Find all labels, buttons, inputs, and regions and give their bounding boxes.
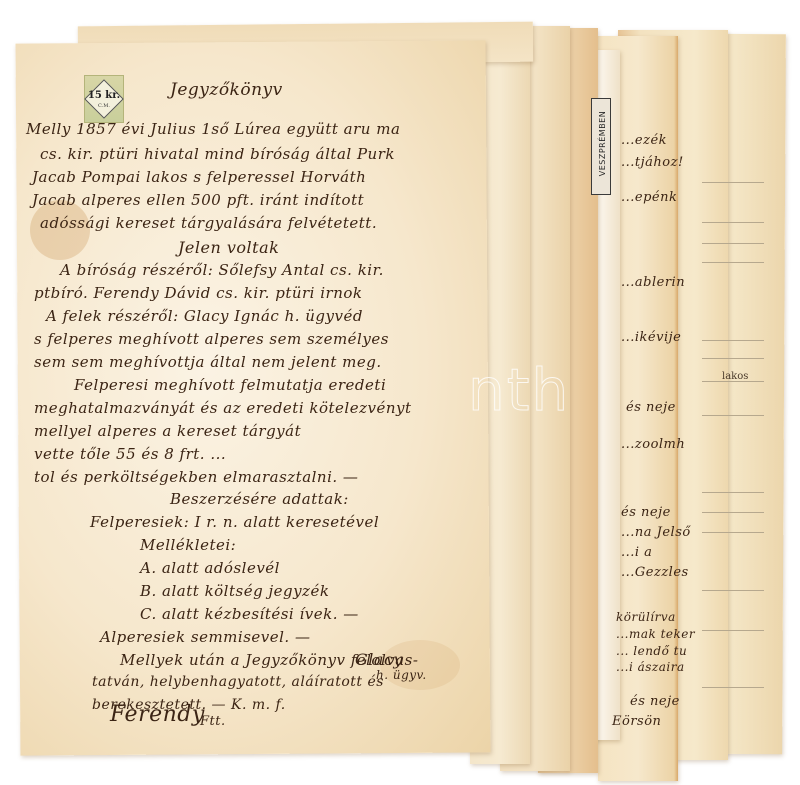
- document-line: meghatalmazványát és az eredeti kötelezv…: [34, 399, 412, 417]
- signature-title: h. ügyv.: [376, 668, 427, 682]
- letter-line: ...tjához!: [621, 155, 684, 170]
- letter-line: körülírva: [616, 610, 676, 624]
- form-line: [702, 222, 764, 223]
- document-line: tol és perköltségekben elmarasztalni. —: [34, 468, 358, 486]
- document-line: Melly 1857 évi Julius 1ső Lúrea együtt a…: [26, 120, 400, 138]
- document-title: Jegyzőkönyv: [170, 80, 283, 100]
- document-line: A. alatt adóslevél: [140, 559, 280, 577]
- letter-line: és neje: [621, 505, 671, 520]
- letter-line: ...mak teker: [616, 627, 695, 641]
- letter-line: ...Gezzles: [621, 565, 689, 580]
- letter-line: ... lendő tu: [616, 644, 687, 658]
- form-line: [702, 243, 764, 244]
- document-line: A bíróság részéről: Sőlefsy Antal cs. ki…: [60, 261, 384, 279]
- letter-line: ...epénk: [621, 190, 677, 205]
- letter-line: ...na Jelső: [621, 525, 691, 540]
- document-line: Felperesi meghívott felmutatja eredeti: [74, 376, 386, 394]
- stamp-unit: C.M.: [85, 103, 123, 109]
- postmark-text: VESZPRÉMBEN: [598, 96, 607, 191]
- form-printed-label: lakos: [722, 371, 748, 382]
- watermark: nth: [468, 356, 570, 424]
- form-line: [702, 492, 764, 493]
- document-line: adóssági kereset tárgyalására felvétetet…: [40, 214, 377, 232]
- letter-line: ...i a: [621, 545, 652, 560]
- letter-line: ...ezék: [621, 133, 667, 148]
- signature-title: Ftt.: [200, 714, 226, 729]
- document-line: Mellékletei:: [140, 536, 236, 554]
- signature-ferendy: Ferendy: [110, 702, 205, 727]
- revenue-stamp: 15 kr. C.M.: [84, 75, 124, 123]
- document-line: B. alatt költség jegyzék: [140, 582, 329, 600]
- document-line: sem sem meghívottja által nem jelent meg…: [34, 353, 382, 371]
- document-line: Alperesiek semmisevel. —: [100, 628, 310, 646]
- form-line: [702, 532, 764, 533]
- postmark-stamp: VESZPRÉMBEN: [591, 98, 611, 195]
- form-line: [702, 340, 764, 341]
- letter-line: Eörsön: [612, 714, 661, 729]
- document-line: Jacab Pompai lakos s felperessel Horváth: [32, 168, 366, 186]
- document-line: Felperesiek: I r. n. alatt keresetével: [90, 513, 379, 531]
- document-line: C. alatt kézbesítési ívek. —: [140, 605, 359, 623]
- form-line: [702, 590, 764, 591]
- document-line: cs. kir. ptüri hivatal mind bíróság álta…: [40, 145, 395, 163]
- signature-glacy: Glacy: [355, 650, 403, 669]
- letter-line: ...i ászaira: [616, 660, 685, 674]
- document-heading: Jelen voltak: [178, 238, 279, 257]
- form-line: [702, 512, 764, 513]
- form-line: [702, 182, 764, 183]
- form-line: [702, 415, 764, 416]
- form-line: [702, 687, 764, 688]
- document-line: tatván, helybenhagyatott, aláíratott és: [92, 674, 384, 690]
- letter-line: és neje: [626, 400, 676, 415]
- letter-line: ...zoolmh: [621, 437, 685, 452]
- form-line: [702, 358, 764, 359]
- letter-line: ...ablerin: [621, 275, 685, 290]
- document-line: mellyel alperes a kereset tárgyát: [34, 422, 301, 440]
- letter-line: ...ikévije: [621, 330, 681, 345]
- document-line: vette tőle 55 és 8 frt. ...: [34, 445, 226, 463]
- letter-line: és neje: [630, 694, 680, 709]
- document-line: Jacab alperes ellen 500 pft. iránt indít…: [32, 191, 364, 209]
- document-line: s felperes meghívott alperes sem személy…: [34, 330, 389, 348]
- document-heading: Beszerzésére adattak:: [170, 490, 349, 508]
- form-line: [702, 630, 764, 631]
- document-line: A felek részéről: Glacy Ignác h. ügyvéd: [46, 307, 363, 325]
- stamp-value: 15 kr.: [85, 90, 123, 101]
- document-line: ptbíró. Ferendy Dávid cs. kir. ptüri irn…: [34, 284, 363, 302]
- form-line: [702, 262, 764, 263]
